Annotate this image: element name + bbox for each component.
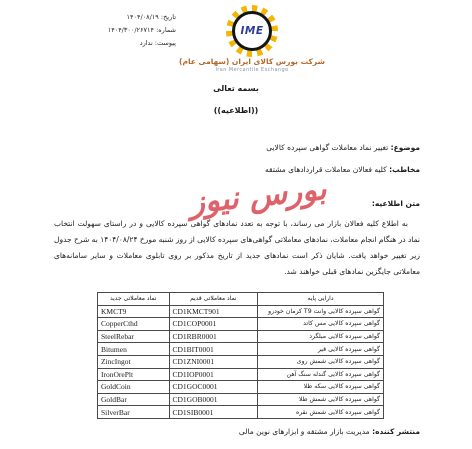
letter-meta: تاریخ: ۱۴۰۴/۰۸/۱۹ شماره: ۱۴۰۴/۳۰۰/۲۶۷۱۴ … — [72, 11, 176, 50]
date-label: تاریخ: — [161, 13, 176, 21]
new-symbol-cell: SilverBar — [98, 406, 170, 419]
old-symbol-cell: CD1BIT0001 — [169, 343, 258, 356]
asset-cell: گواهی سپرده کالایی شمش نقره — [258, 406, 384, 419]
old-symbol-cell: CD1IOP0001 — [169, 368, 258, 381]
letter-attachment: پیوست: ندارد — [72, 37, 176, 50]
old-symbol-cell: CD1KMCT901 — [169, 305, 258, 318]
table-row: گواهی سپرده کالایی میلگردCD1RBR0001Steel… — [98, 330, 384, 343]
table-row: گواهی سپرده کالایی گندله سنگ آهنCD1IOP00… — [98, 368, 384, 381]
doc-type-heading: ((اطلاعیه)) — [0, 106, 472, 115]
publisher-label: منتشر کننده: — [372, 427, 420, 436]
table-row: گواهی سپرده کالایی شمش طلاCD1GOB0001Gold… — [98, 393, 384, 406]
table-row: گواهی سپرده کالایی شمش نقرهCD1SIB0001Sil… — [98, 406, 384, 419]
table-row: گواهی سپرده کالایی سکه طلاCD1GOC0001Gold… — [98, 381, 384, 394]
logo-ring: IME — [232, 11, 272, 51]
new-symbol-cell: IronOrePlt — [98, 368, 170, 381]
letter-date: تاریخ: ۱۴۰۴/۰۸/۱۹ — [72, 11, 176, 24]
attachment-label: پیوست: — [155, 39, 176, 47]
table-row: گواهی سپرده کالایی وانت T9 کرمان خودروCD… — [98, 305, 384, 318]
publisher-line: منتشر کننده: مدیریت بازار مشتقه و ابزاره… — [239, 427, 420, 436]
header-asset: دارایی پایه — [258, 293, 384, 306]
table-row: گواهی سپرده کالایی مس کاتدCD1COP0001Copp… — [98, 318, 384, 331]
symbol-table-wrap: دارایی پایه نماد معاملاتی قدیم نماد معام… — [97, 292, 384, 419]
subject-line: موضوع: تغییر نماد معاملات گواهی سپرده کا… — [266, 143, 420, 152]
new-symbol-cell: CopperCthd — [98, 318, 170, 331]
symbol-mapping-table: دارایی پایه نماد معاملاتی قدیم نماد معام… — [97, 292, 384, 419]
number-value: ۱۴۰۴/۳۰۰/۲۶۷۱۴ — [108, 26, 154, 34]
date-value: ۱۴۰۴/۰۸/۱۹ — [126, 13, 158, 21]
new-symbol-cell: ZincIngot — [98, 355, 170, 368]
asset-cell: گواهی سپرده کالایی قیر — [258, 343, 384, 356]
attachment-value: ندارد — [140, 39, 153, 47]
old-symbol-cell: CD1RBR0001 — [169, 330, 258, 343]
new-symbol-cell: SteelRebar — [98, 330, 170, 343]
asset-cell: گواهی سپرده کالایی شمش روی — [258, 355, 384, 368]
asset-cell: گواهی سپرده کالایی وانت T9 کرمان خودرو — [258, 305, 384, 318]
new-symbol-cell: Bitumen — [98, 343, 170, 356]
new-symbol-cell: GoldBar — [98, 393, 170, 406]
asset-cell: گواهی سپرده کالایی شمش طلا — [258, 393, 384, 406]
audience-label: مخاطب: — [389, 165, 420, 174]
number-label: شماره: — [156, 26, 176, 34]
old-symbol-cell: CD1GOB0001 — [169, 393, 258, 406]
body-paragraph: به اطلاع کلیه فعالان بازار می رساند، با … — [54, 216, 420, 280]
table-row: گواهی سپرده کالایی قیرCD1BIT0001Bitumen — [98, 343, 384, 356]
asset-cell: گواهی سپرده کالایی مس کاتد — [258, 318, 384, 331]
header-old-symbol: نماد معاملاتی قدیم — [169, 293, 258, 306]
new-symbol-cell: KMCT9 — [98, 305, 170, 318]
ime-logo: IME — [226, 5, 278, 57]
subject-text: تغییر نماد معاملات گواهی سپرده کالایی — [266, 143, 390, 152]
asset-cell: گواهی سپرده کالایی میلگرد — [258, 330, 384, 343]
asset-cell: گواهی سپرده کالایی سکه طلا — [258, 381, 384, 394]
table-row: گواهی سپرده کالایی شمش رویCD1ZNI0001Zinc… — [98, 355, 384, 368]
company-name-en: Iran Mercantile Exchange — [132, 67, 372, 73]
asset-cell: گواهی سپرده کالایی گندله سنگ آهن — [258, 368, 384, 381]
new-symbol-cell: GoldCoin — [98, 381, 170, 394]
letter-number: شماره: ۱۴۰۴/۳۰۰/۲۶۷۱۴ — [72, 24, 176, 37]
publisher-text: مدیریت بازار مشتقه و ابزارهای نوین مالی — [239, 427, 372, 436]
table-header-row: دارایی پایه نماد معاملاتی قدیم نماد معام… — [98, 293, 384, 306]
audience-line: مخاطب: کلیه فعالان معاملات قراردادهای مش… — [265, 165, 420, 174]
audience-text: کلیه فعالان معاملات قراردادهای مشتقه — [265, 165, 389, 174]
header-new-symbol: نماد معاملاتی جدید — [98, 293, 170, 306]
announcement-letter: تاریخ: ۱۴۰۴/۰۸/۱۹ شماره: ۱۴۰۴/۳۰۰/۲۶۷۱۴ … — [0, 0, 472, 449]
subject-label: موضوع: — [391, 143, 420, 152]
company-name-fa: شرکت بورس کالای ایران (سهامی عام) — [132, 57, 372, 66]
old-symbol-cell: CD1GOC0001 — [169, 381, 258, 394]
logo-monogram: IME — [240, 25, 263, 37]
besmeleh-heading: بسمه تعالی — [0, 84, 472, 93]
old-symbol-cell: CD1SIB0001 — [169, 406, 258, 419]
old-symbol-cell: CD1COP0001 — [169, 318, 258, 331]
body-title: متن اطلاعیه: — [372, 199, 420, 208]
old-symbol-cell: CD1ZNI0001 — [169, 355, 258, 368]
